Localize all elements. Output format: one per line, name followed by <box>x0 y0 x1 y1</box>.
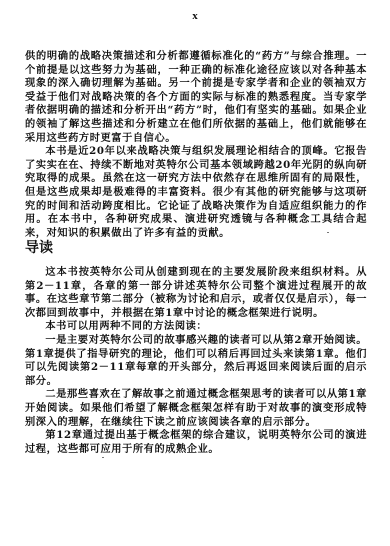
paragraph: 本书可以用两种不同的方法阅读： <box>25 320 367 334</box>
paragraph: 供的明确的战略决策描述和分析都遵循标准化的“药方”与综合推理。一个前提是以这些努… <box>25 50 367 145</box>
paragraph: 本书是近20年以来战略决策与组织发展理论相结合的顶峰。它报告了实实在在、持续不断… <box>25 145 367 240</box>
scan-speck <box>102 457 104 458</box>
intro-continuation-section: 供的明确的战略决策描述和分析都遵循标准化的“药方”与综合推理。一个前提是以这些努… <box>25 50 367 240</box>
scan-speck <box>327 232 329 233</box>
paragraph: 这本书按英特尔公司从创建到现在的主要发展阶段来组织材料。从第2－11章，各章的第… <box>25 266 367 320</box>
paragraph: 二是那些喜欢在了解故事之前通过概念框架思考的读者可以从第1章开始阅读。如果他们希… <box>25 388 367 429</box>
paragraph: 第12章通过提出基于概念框架的综合建议，说明英特尔公司的演进过程，这些都可应用于… <box>25 429 367 456</box>
guide-section: 这本书按英特尔公司从创建到现在的主要发展阶段来组织材料。从第2－11章，各章的第… <box>25 266 367 456</box>
paragraph: 一是主要对英特尔公司的故事感兴趣的读者可以从第2章开始阅读。第1章提供了指导研究… <box>25 334 367 388</box>
page-number: x <box>0 10 390 22</box>
section-heading: 导读 <box>25 237 53 257</box>
